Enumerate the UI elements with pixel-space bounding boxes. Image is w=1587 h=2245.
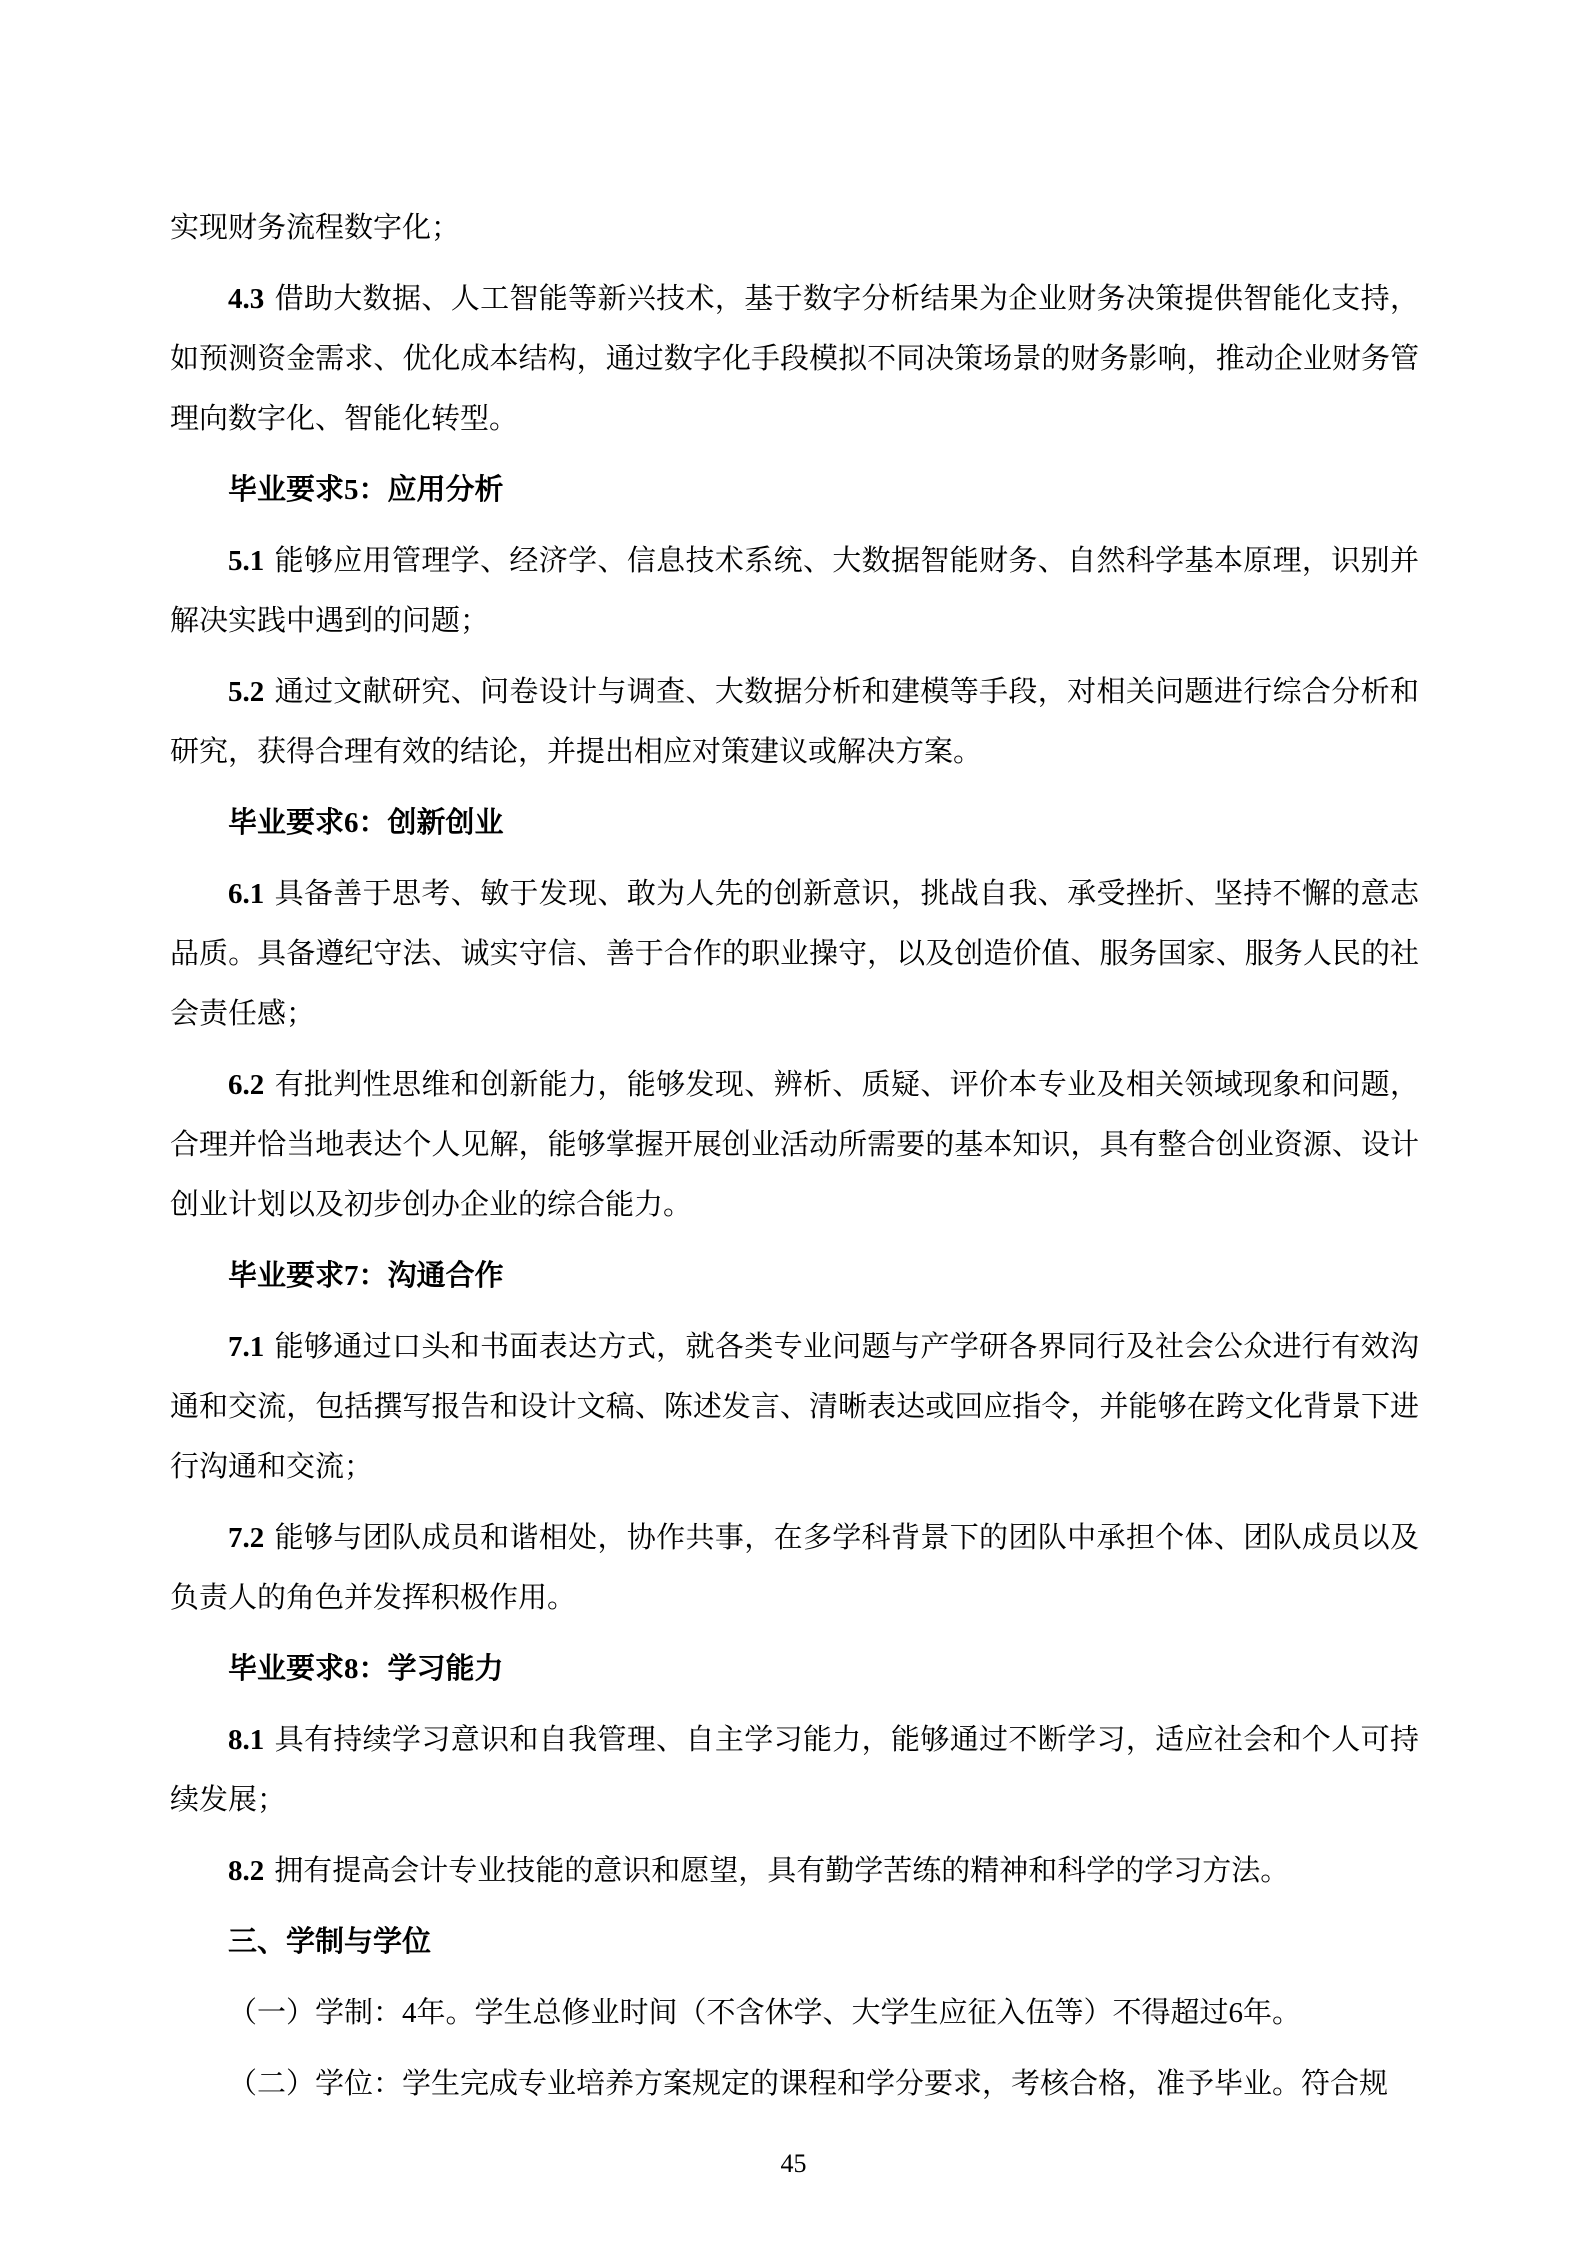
document-page: 实现财务流程数字化； 4.3借助大数据、人工智能等新兴技术，基于数字分析结果为企… xyxy=(0,0,1587,2245)
heading-section-3: 三、学制与学位 xyxy=(170,1912,1419,1972)
clause-number-7-2: 7.2 xyxy=(228,1522,264,1554)
paragraph-5-1: 5.1能够应用管理学、经济学、信息技术系统、大数据智能财务、自然科学基本原理，识… xyxy=(170,531,1419,651)
paragraph-8-1: 8.1具有持续学习意识和自我管理、自主学习能力，能够通过不断学习，适应社会和个人… xyxy=(170,1710,1419,1830)
heading-requirement-5: 毕业要求5：应用分析 xyxy=(170,460,1419,520)
paragraph-6-2: 6.2有批判性思维和创新能力，能够发现、辨析、质疑、评价本专业及相关领域现象和问… xyxy=(170,1055,1419,1235)
paragraph-8-2: 8.2拥有提高会计专业技能的意识和愿望，具有勤学苦练的精神和科学的学习方法。 xyxy=(170,1841,1419,1901)
clause-number-8-2: 8.2 xyxy=(228,1855,264,1887)
heading-requirement-7: 毕业要求7：沟通合作 xyxy=(170,1246,1419,1306)
paragraph-item-1: （一）学制：4年。学生总修业时间（不含休学、大学生应征入伍等）不得超过6年。 xyxy=(170,1983,1419,2043)
paragraph-4-3: 4.3借助大数据、人工智能等新兴技术，基于数字分析结果为企业财务决策提供智能化支… xyxy=(170,269,1419,449)
clause-text-4-3: 借助大数据、人工智能等新兴技术，基于数字分析结果为企业财务决策提供智能化支持，如… xyxy=(170,283,1419,435)
paragraph-7-1: 7.1能够通过口头和书面表达方式，就各类专业问题与产学研各界同行及社会公众进行有… xyxy=(170,1317,1419,1497)
paragraph-item-2: （二）学位：学生完成专业培养方案规定的课程和学分要求，考核合格，准予毕业。符合规 xyxy=(170,2054,1419,2114)
heading-requirement-6: 毕业要求6：创新创业 xyxy=(170,793,1419,853)
clause-text-6-2: 有批判性思维和创新能力，能够发现、辨析、质疑、评价本专业及相关领域现象和问题，合… xyxy=(170,1069,1419,1221)
clause-text-6-1: 具备善于思考、敏于发现、敢为人先的创新意识，挑战自我、承受挫折、坚持不懈的意志品… xyxy=(170,878,1419,1030)
clause-text-5-1: 能够应用管理学、经济学、信息技术系统、大数据智能财务、自然科学基本原理，识别并解… xyxy=(170,545,1419,637)
clause-text-8-2: 拥有提高会计专业技能的意识和愿望，具有勤学苦练的精神和科学的学习方法。 xyxy=(274,1855,1289,1887)
clause-text-8-1: 具有持续学习意识和自我管理、自主学习能力，能够通过不断学习，适应社会和个人可持续… xyxy=(170,1724,1419,1816)
paragraph-continuation: 实现财务流程数字化； xyxy=(170,198,1419,258)
clause-number-5-2: 5.2 xyxy=(228,676,264,708)
paragraph-7-2: 7.2能够与团队成员和谐相处，协作共事，在多学科背景下的团队中承担个体、团队成员… xyxy=(170,1508,1419,1628)
heading-requirement-8: 毕业要求8：学习能力 xyxy=(170,1639,1419,1699)
clause-number-6-2: 6.2 xyxy=(228,1069,264,1101)
clause-number-5-1: 5.1 xyxy=(228,545,264,577)
clause-number-7-1: 7.1 xyxy=(228,1331,264,1363)
page-number: 45 xyxy=(0,2149,1587,2179)
clause-number-6-1: 6.1 xyxy=(228,878,264,910)
paragraph-6-1: 6.1具备善于思考、敏于发现、敢为人先的创新意识，挑战自我、承受挫折、坚持不懈的… xyxy=(170,864,1419,1044)
clause-text-7-2: 能够与团队成员和谐相处，协作共事，在多学科背景下的团队中承担个体、团队成员以及负… xyxy=(170,1522,1419,1614)
clause-number-4-3: 4.3 xyxy=(228,283,264,315)
clause-text-7-1: 能够通过口头和书面表达方式，就各类专业问题与产学研各界同行及社会公众进行有效沟通… xyxy=(170,1331,1419,1483)
clause-number-8-1: 8.1 xyxy=(228,1724,264,1756)
paragraph-5-2: 5.2通过文献研究、问卷设计与调查、大数据分析和建模等手段，对相关问题进行综合分… xyxy=(170,662,1419,782)
clause-text-5-2: 通过文献研究、问卷设计与调查、大数据分析和建模等手段，对相关问题进行综合分析和研… xyxy=(170,676,1419,768)
